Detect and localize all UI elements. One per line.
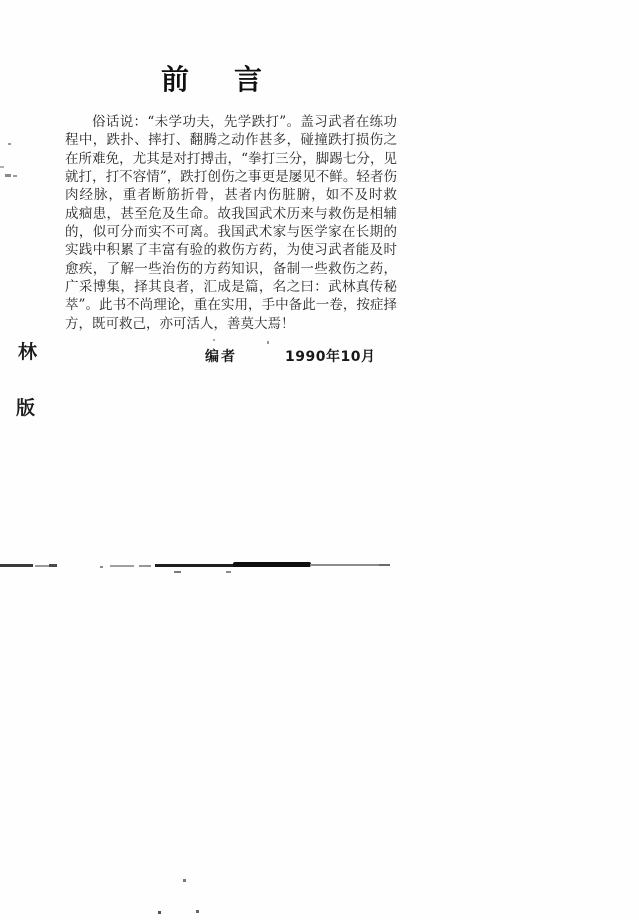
title-char: 言 — [234, 66, 262, 94]
scan-line-segment — [110, 565, 134, 567]
body-line: 肉经脉，重者断筋折骨，甚者内伤脏腑，如不及时救治，将 — [65, 186, 397, 204]
scan-speck — [5, 174, 11, 177]
scan-line-segment — [0, 564, 33, 567]
scan-speck — [174, 571, 181, 573]
scan-line-segment — [310, 564, 380, 566]
body-line: 广采博集，择其良者，汇成是篇，名之曰：武林真传秘方荟 — [65, 278, 397, 296]
scan-speck — [183, 879, 186, 882]
scan-line-segment — [233, 562, 311, 567]
scan-line-segment — [35, 565, 49, 567]
body-line: 就打，打不容情”，跌打创伤之事更是屡见不鲜。轻者伤皮 — [65, 168, 397, 186]
title-char: 前 — [161, 66, 189, 94]
scan-speck — [267, 341, 269, 344]
scan-speck — [13, 175, 17, 177]
spine-char: 林 — [18, 343, 37, 362]
body-line: 俗话说：“未学功夫，先学跌打”。盖习武者在练功过 — [65, 113, 397, 131]
byline-editor-label: 编者 — [205, 350, 237, 364]
scan-speck — [213, 339, 215, 341]
scan-line-segment — [139, 565, 151, 567]
preface-paragraph: 俗话说：“未学功夫，先学跌打”。盖习武者在练功过 程中，跌扑、摔打、翻腾之动作甚… — [65, 113, 397, 333]
scan-speck — [158, 911, 161, 914]
scan-line-segment — [155, 564, 235, 567]
spine-char: 版 — [16, 399, 35, 418]
body-line: 的，似可分而实不可离。我国武术家与医学家在长期的临床 — [65, 223, 397, 241]
body-line: 实践中积累了丰富有验的救伤方药，为使习武者能及时治伤 — [65, 241, 397, 259]
body-line: 萃”。此书不尚理论，重在实用，手中备此一卷，按症择 — [65, 296, 397, 314]
scan-speck — [226, 571, 231, 573]
scan-line-segment — [379, 564, 390, 566]
scan-speck — [196, 910, 199, 913]
byline-date: 1990年10月 — [285, 350, 375, 364]
scan-speck — [8, 143, 11, 145]
scan-line-segment — [49, 564, 57, 567]
scan-line-segment — [100, 566, 103, 568]
page-title: 前 言 — [161, 66, 262, 94]
body-line: 在所难免，尤其是对打搏击，“拳打三分，脚踢七分，见空 — [65, 150, 397, 168]
body-line: 方，既可救己，亦可活人，善莫大焉！ — [65, 315, 397, 333]
body-line: 成痼患，甚至危及生命。故我国武术历来与救伤是相辅相成 — [65, 205, 397, 223]
body-line: 程中，跌扑、摔打、翻腾之动作甚多，碰撞跌打损伤之事故 — [65, 131, 397, 149]
scan-speck — [0, 166, 4, 168]
body-line: 愈疾，了解一些治伤的方药知识，备制一些救伤之药，我们 — [65, 260, 397, 278]
scanned-book-page: 前 言 俗话说：“未学功夫，先学跌打”。盖习武者在练功过 程中，跌扑、摔打、翻腾… — [0, 0, 639, 920]
